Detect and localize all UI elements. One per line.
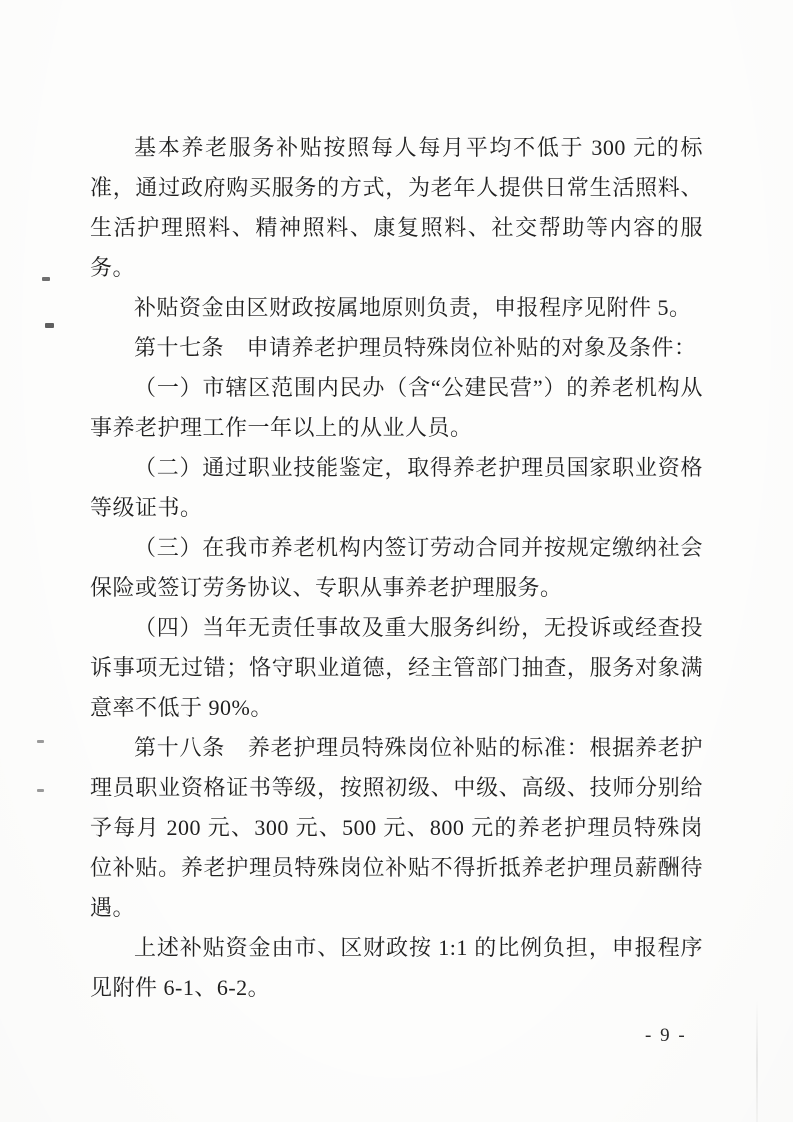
paragraph-condition-4: （四）当年无责任事故及重大服务纠纷，无投诉或经查投诉事项无过错；恪守职业道德，经… — [90, 608, 703, 728]
paragraph-condition-3: （三）在我市养老机构内签订劳动合同并按规定缴纳社会保险或签订劳务协议、专职从事养… — [90, 528, 703, 608]
paragraph-funding-district: 补贴资金由区财政按属地原则负责，申报程序见附件 5。 — [90, 288, 703, 328]
document-page: 基本养老服务补贴按照每人每月平均不低于 300 元的标准，通过政府购买服务的方式… — [0, 0, 793, 1122]
scan-artifact-dash — [37, 740, 44, 743]
scan-artifact-dash — [42, 277, 50, 281]
paragraph-article-17-heading: 第十七条 申请养老护理员特殊岗位补贴的对象及条件： — [90, 328, 703, 368]
paragraph-funding-ratio: 上述补贴资金由市、区财政按 1:1 的比例负担，申报程序见附件 6-1、6-2。 — [90, 928, 703, 1008]
scan-artifact-streak — [756, 1000, 758, 1122]
page-number: - 9 - — [645, 1025, 687, 1047]
paragraph-condition-1: （一）市辖区范围内民办（含“公建民营”）的养老机构从事养老护理工作一年以上的从业… — [90, 368, 703, 448]
paragraph-basic-subsidy-standard: 基本养老服务补贴按照每人每月平均不低于 300 元的标准，通过政府购买服务的方式… — [90, 128, 703, 288]
paragraph-article-18-standard: 第十八条 养老护理员特殊岗位补贴的标准：根据养老护理员职业资格证书等级，按照初级… — [90, 728, 703, 928]
scan-artifact-dash — [37, 789, 44, 792]
scan-artifact-dash — [45, 323, 54, 328]
paragraph-condition-2: （二）通过职业技能鉴定，取得养老护理员国家职业资格等级证书。 — [90, 448, 703, 528]
document-body: 基本养老服务补贴按照每人每月平均不低于 300 元的标准，通过政府购买服务的方式… — [90, 128, 703, 1008]
